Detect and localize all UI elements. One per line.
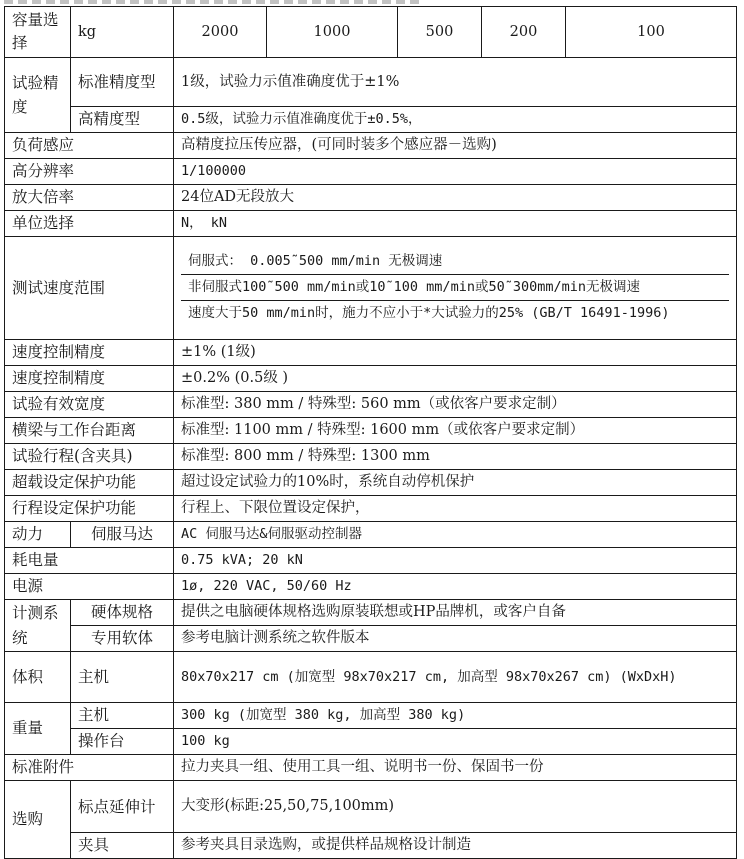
measurement-system-label: 计测系统 [5, 600, 71, 652]
row-weight-main: 重量 主机 300 kg (加宽型 380 kg, 加高型 380 kg) [5, 703, 737, 729]
speed-accuracy-1-label: 速度控制精度 [5, 340, 174, 366]
standard-accessories-value: 拉力夹具一组、使用工具一组、说明书一份、保固书一份 [174, 755, 737, 781]
beam-distance-label: 横梁与工作台距离 [5, 418, 174, 444]
row-units: 单位选择 N， kN [5, 211, 737, 237]
capacity-200: 200 [482, 7, 566, 58]
overload-protection-value: 超过设定试验力的10%时，系统自动停机保护 [174, 470, 737, 496]
row-beam-distance: 横梁与工作台距离 标准型: 1100 mm / 特殊型: 1600 mm（或依客… [5, 418, 737, 444]
row-measurement-software: 专用软体 参考电脑计测系统之软件版本 [5, 626, 737, 652]
measurement-hardware-sub: 硬体规格 [71, 600, 174, 626]
row-stroke: 试验行程(含夹具) 标准型: 800 mm / 特殊型: 1300 mm [5, 444, 737, 470]
measurement-hardware-value: 提供之电脑硬体规格选购原装联想或HP品牌机，或客户自备 [174, 600, 737, 626]
row-measurement-hardware: 计测系统 硬体规格 提供之电脑硬体规格选购原装联想或HP品牌机，或客户自备 [5, 600, 737, 626]
units-value: N， kN [174, 211, 737, 237]
row-standard-accessories: 标准附件 拉力夹具一组、使用工具一组、说明书一份、保固书一份 [5, 755, 737, 781]
row-effective-width: 试验有效宽度 标准型: 380 mm / 特殊型: 560 mm（或依客户要求定… [5, 392, 737, 418]
row-amplification: 放大倍率 24位AD无段放大 [5, 185, 737, 211]
row-accuracy-standard: 试验精 度 标准精度型 1级，试验力示值准确度优于±1% [5, 58, 737, 107]
row-volume: 体积 主机 80x70x217 cm (加宽型 98x70x217 cm, 加高… [5, 652, 737, 703]
accuracy-high-value: 0.5级，试验力示值准确度优于±0.5%， [174, 107, 737, 133]
units-label: 单位选择 [5, 211, 174, 237]
power-supply-value: 1ø, 220 VAC, 50/60 Hz [174, 574, 737, 600]
row-power-supply: 电源 1ø, 220 VAC, 50/60 Hz [5, 574, 737, 600]
accuracy-label: 试验精 度 [5, 58, 71, 133]
measurement-software-sub: 专用软体 [71, 626, 174, 652]
row-capacity: 容量选择 kg 2000 1000 500 200 100 [5, 7, 737, 58]
weight-label: 重量 [5, 703, 71, 755]
consumption-label: 耗电量 [5, 548, 174, 574]
weight-console-sub: 操作台 [71, 729, 174, 755]
power-drive-value: AC 伺服马达&伺服驱动控制器 [174, 522, 737, 548]
amplification-label: 放大倍率 [5, 185, 174, 211]
row-power-drive: 动力 伺服马达 AC 伺服马达&伺服驱动控制器 [5, 522, 737, 548]
row-speed-accuracy-1: 速度控制精度 ±1% (1级) [5, 340, 737, 366]
speed-range-non-servo: 非伺服式100˜500 mm/min或10˜100 mm/min或50˜300m… [181, 275, 729, 301]
speed-range-note: 速度大于50 mm/min时，施力不应小于*大试验力的25% (GB/T 164… [181, 301, 729, 327]
speed-range-servo: 伺服式： 0.005˜500 mm/min 无极调速 [181, 249, 729, 275]
row-optional-fixture: 夹具 参考夹具目录选购，或提供样品规格设计制造 [5, 833, 737, 859]
row-optional-extensometer: 选购 标点延伸计 大变形(标距:25,50,75,100mm) [5, 781, 737, 833]
optional-fixture-sub: 夹具 [71, 833, 174, 859]
standard-accessories-label: 标准附件 [5, 755, 174, 781]
row-speed-accuracy-2: 速度控制精度 ±0.2% (0.5级 ) [5, 366, 737, 392]
effective-width-value: 标准型: 380 mm / 特殊型: 560 mm（或依客户要求定制） [174, 392, 737, 418]
capacity-1000: 1000 [267, 7, 398, 58]
spec-table: 容量选择 kg 2000 1000 500 200 100 试验精 度 标准精度… [4, 6, 737, 859]
weight-console-value: 100 kg [174, 729, 737, 755]
optional-extensometer-sub: 标点延伸计 [71, 781, 174, 833]
stroke-protection-label: 行程设定保护功能 [5, 496, 174, 522]
optional-fixture-value: 参考夹具目录选购，或提供样品规格设计制造 [174, 833, 737, 859]
speed-range-label: 测试速度范围 [5, 237, 174, 340]
capacity-unit: kg [71, 7, 174, 58]
row-accuracy-high: 高精度型 0.5级，试验力示值准确度优于±0.5%， [5, 107, 737, 133]
consumption-value: 0.75 kVA; 20 kN [174, 548, 737, 574]
stroke-value: 标准型: 800 mm / 特殊型: 1300 mm [174, 444, 737, 470]
weight-main-sub: 主机 [71, 703, 174, 729]
measurement-software-value: 参考电脑计测系统之软件版本 [174, 626, 737, 652]
speed-accuracy-1-value: ±1% (1级) [174, 340, 737, 366]
power-supply-label: 电源 [5, 574, 174, 600]
capacity-2000: 2000 [174, 7, 267, 58]
weight-main-value: 300 kg (加宽型 380 kg, 加高型 380 kg) [174, 703, 737, 729]
capacity-100: 100 [566, 7, 737, 58]
cut-off-heading-text [4, 0, 424, 4]
accuracy-standard-value: 1级，试验力示值准确度优于±1% [174, 58, 737, 107]
power-drive-sub: 伺服马达 [71, 522, 174, 548]
row-consumption: 耗电量 0.75 kVA; 20 kN [5, 548, 737, 574]
capacity-500: 500 [398, 7, 482, 58]
volume-label: 体积 [5, 652, 71, 703]
amplification-value: 24位AD无段放大 [174, 185, 737, 211]
row-weight-console: 操作台 100 kg [5, 729, 737, 755]
speed-range-values: 伺服式： 0.005˜500 mm/min 无极调速 非伺服式100˜500 m… [174, 237, 737, 340]
effective-width-label: 试验有效宽度 [5, 392, 174, 418]
load-sensor-label: 负荷感应 [5, 133, 174, 159]
accuracy-high-sub: 高精度型 [71, 107, 174, 133]
resolution-value: 1/100000 [174, 159, 737, 185]
power-drive-label: 动力 [5, 522, 71, 548]
row-resolution: 高分辨率 1/100000 [5, 159, 737, 185]
resolution-label: 高分辨率 [5, 159, 174, 185]
volume-value: 80x70x217 cm (加宽型 98x70x217 cm, 加高型 98x7… [174, 652, 737, 703]
volume-sub: 主机 [71, 652, 174, 703]
row-overload-protection: 超载设定保护功能 超过设定试验力的10%时，系统自动停机保护 [5, 470, 737, 496]
row-load-sensor: 负荷感应 高精度拉压传应器，(可同时装多个感应器－选购) [5, 133, 737, 159]
stroke-protection-value: 行程上、下限位置设定保护， [174, 496, 737, 522]
stroke-label: 试验行程(含夹具) [5, 444, 174, 470]
speed-accuracy-2-label: 速度控制精度 [5, 366, 174, 392]
speed-accuracy-2-value: ±0.2% (0.5级 ) [174, 366, 737, 392]
overload-protection-label: 超载设定保护功能 [5, 470, 174, 496]
optional-extensometer-value: 大变形(标距:25,50,75,100mm) [174, 781, 737, 833]
load-sensor-value: 高精度拉压传应器，(可同时装多个感应器－选购) [174, 133, 737, 159]
row-speed-range: 测试速度范围 伺服式： 0.005˜500 mm/min 无极调速 非伺服式10… [5, 237, 737, 340]
accuracy-standard-sub: 标准精度型 [71, 58, 174, 107]
optional-label: 选购 [5, 781, 71, 859]
beam-distance-value: 标准型: 1100 mm / 特殊型: 1600 mm（或依客户要求定制） [174, 418, 737, 444]
row-stroke-protection: 行程设定保护功能 行程上、下限位置设定保护， [5, 496, 737, 522]
capacity-label: 容量选择 [5, 7, 71, 58]
